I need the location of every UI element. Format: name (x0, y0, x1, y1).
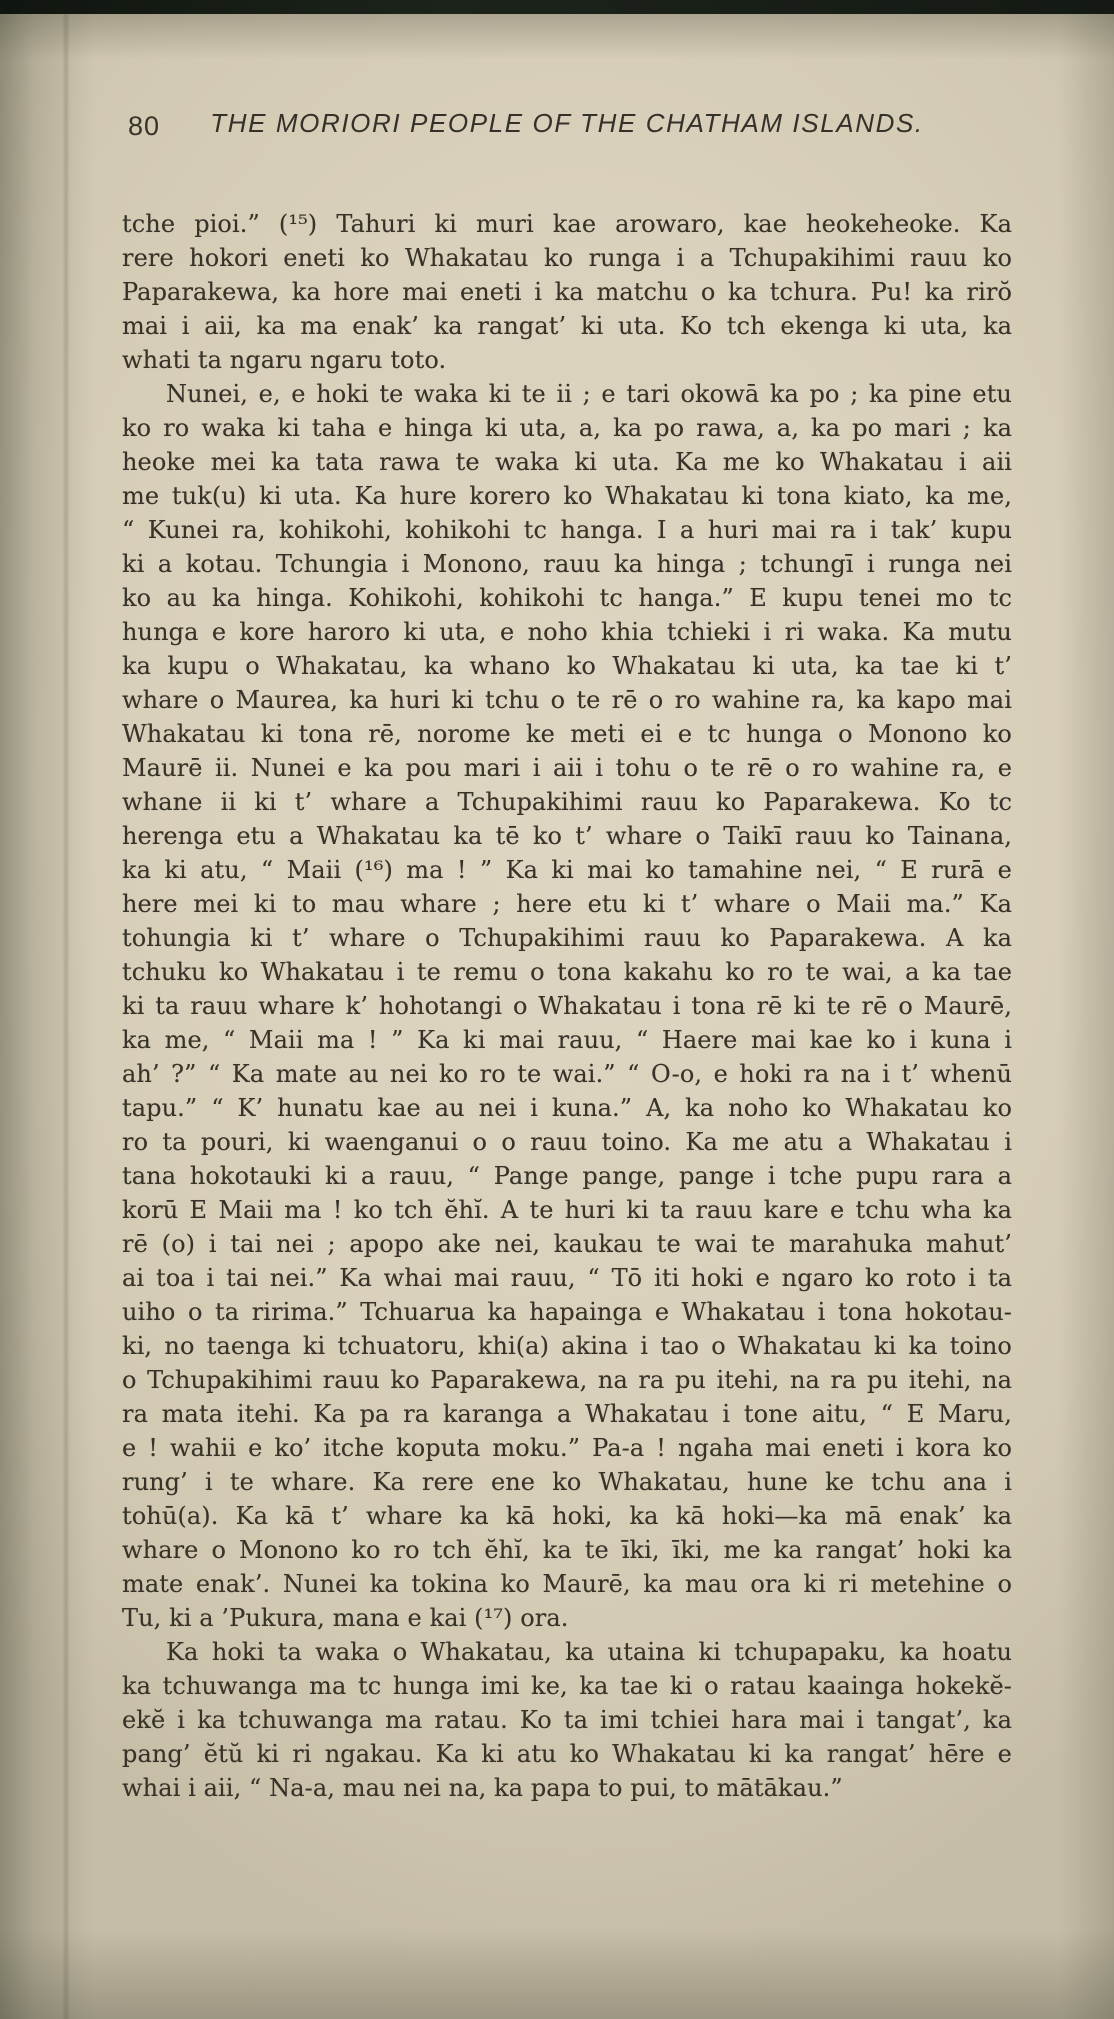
text-line: tohungia ki t’ whare o Tchupakihimi rauu… (122, 921, 1012, 955)
text-line: ki a kotau. Tchungia i Monono, rauu ka h… (122, 547, 1012, 581)
text-line: whati ta ngaru ngaru toto. (122, 343, 1012, 377)
scan-edge-band (0, 0, 1114, 14)
text-line: mai i aii, ka ma enak’ ka rangat’ ki uta… (122, 309, 1012, 343)
text-line: o Tchupakihimi rauu ko Paparakewa, na ra… (122, 1363, 1012, 1397)
paragraph: Ka hoki ta waka o Whakatau, ka utaina ki… (122, 1635, 1012, 1805)
text-line: ah’ ?” “ Ka mate au nei ko ro te wai.” “… (122, 1057, 1012, 1091)
running-title: THE MORIORI PEOPLE OF THE CHATHAM ISLAND… (122, 108, 1012, 139)
text-line: hunga e kore haroro ki uta, e noho khia … (122, 615, 1012, 649)
text-line: whane ii ki t’ whare a Tchupakihimi rauu… (122, 785, 1012, 819)
text-line: pang’ ĕtŭ ki ri ngakau. Ka ki atu ko Wha… (122, 1737, 1012, 1771)
text-line: tapu.” “ K’ hunatu kae au nei i kuna.” A… (122, 1091, 1012, 1125)
paragraph: Nunei, e, e hoki te waka ki te ii ; e ta… (122, 377, 1012, 1635)
text-line: tchuku ko Whakatau i te remu o tona kaka… (122, 955, 1012, 989)
text-line: ka ki atu, “ Maii (¹⁶) ma ! ” Ka ki mai … (122, 853, 1012, 887)
text-line: korū E Maii ma ! ko tch ĕhĭ. A te huri k… (122, 1193, 1012, 1227)
text-line: rere hokori eneti ko Whakatau ko runga i… (122, 241, 1012, 275)
text-line: ro ta pouri, ki waenganui o o rauu toino… (122, 1125, 1012, 1159)
text-line: uiho o ta ririma.” Tchuarua ka hapainga … (122, 1295, 1012, 1329)
text-line: whai i aii, “ Na-a, mau nei na, ka papa … (122, 1771, 1012, 1805)
text-line: whare o Monono ko ro tch ĕhĭ, ka te īki,… (122, 1533, 1012, 1567)
book-page: 80 THE MORIORI PEOPLE OF THE CHATHAM ISL… (0, 14, 1114, 2019)
paragraph: tche pioi.” (¹⁵) Tahuri ki muri kae arow… (122, 207, 1012, 377)
text-line: ekĕ i ka tchuwanga ma ratau. Ko ta imi t… (122, 1703, 1012, 1737)
text-line: heoke mei ka tata rawa te waka ki uta. K… (122, 445, 1012, 479)
text-line: Paparakewa, ka hore mai eneti i ka match… (122, 275, 1012, 309)
text-line: here mei ki to mau whare ; here etu ki t… (122, 887, 1012, 921)
text-line: Maurē ii. Nunei e ka pou mari i aii i to… (122, 751, 1012, 785)
text-line: rung’ i te whare. Ka rere ene ko Whakata… (122, 1465, 1012, 1499)
text-line: rē (o) i tai nei ; apopo ake nei, kaukau… (122, 1227, 1012, 1261)
text-line: Ka hoki ta waka o Whakatau, ka utaina ki… (122, 1635, 1012, 1669)
text-line: herenga etu a Whakatau ka tē ko t’ whare… (122, 819, 1012, 853)
scanned-page-photo: 80 THE MORIORI PEOPLE OF THE CHATHAM ISL… (0, 0, 1114, 2019)
text-line: tche pioi.” (¹⁵) Tahuri ki muri kae arow… (122, 207, 1012, 241)
text-line: ko au ka hinga. Kohikohi, kohikohi tc ha… (122, 581, 1012, 615)
text-line: “ Kunei ra, kohikohi, kohikohi tc hanga.… (122, 513, 1012, 547)
text-line: ki, no taenga ki tchuatoru, khi(a) akina… (122, 1329, 1012, 1363)
text-line: mate enak’. Nunei ka tokina ko Maurē, ka… (122, 1567, 1012, 1601)
text-line: Tu, ki a ’Pukura, mana e kai (¹⁷) ora. (122, 1601, 1012, 1635)
text-line: ra mata itehi. Ka pa ra karanga a Whakat… (122, 1397, 1012, 1431)
text-line: tohū(a). Ka kā t’ whare ka kā hoki, ka k… (122, 1499, 1012, 1533)
text-line: e ! wahii e ko’ itche koputa moku.” Pa-a… (122, 1431, 1012, 1465)
text-line: ai toa i tai nei.” Ka whai mai rauu, “ T… (122, 1261, 1012, 1295)
text-line: ka kupu o Whakatau, ka whano ko Whakatau… (122, 649, 1012, 683)
text-line: ko ro waka ki taha e hinga ki uta, a, ka… (122, 411, 1012, 445)
text-line: ki ta rauu whare k’ hohotangi o Whakatau… (122, 989, 1012, 1023)
text-line: tana hokotauki ki a rauu, “ Pange pange,… (122, 1159, 1012, 1193)
text-block: tche pioi.” (¹⁵) Tahuri ki muri kae arow… (122, 207, 1012, 1805)
text-line: Whakatau ki tona rē, norome ke meti ei e… (122, 717, 1012, 751)
text-line: me tuk(u) ki uta. Ka hure korero ko Whak… (122, 479, 1012, 513)
page-header: 80 THE MORIORI PEOPLE OF THE CHATHAM ISL… (122, 108, 1012, 148)
text-line: Nunei, e, e hoki te waka ki te ii ; e ta… (122, 377, 1012, 411)
text-line: ka tchuwanga ma tc hunga imi ke, ka tae … (122, 1669, 1012, 1703)
text-line: whare o Maurea, ka huri ki tchu o te rē … (122, 683, 1012, 717)
text-line: ka me, “ Maii ma ! ” Ka ki mai rauu, “ H… (122, 1023, 1012, 1057)
